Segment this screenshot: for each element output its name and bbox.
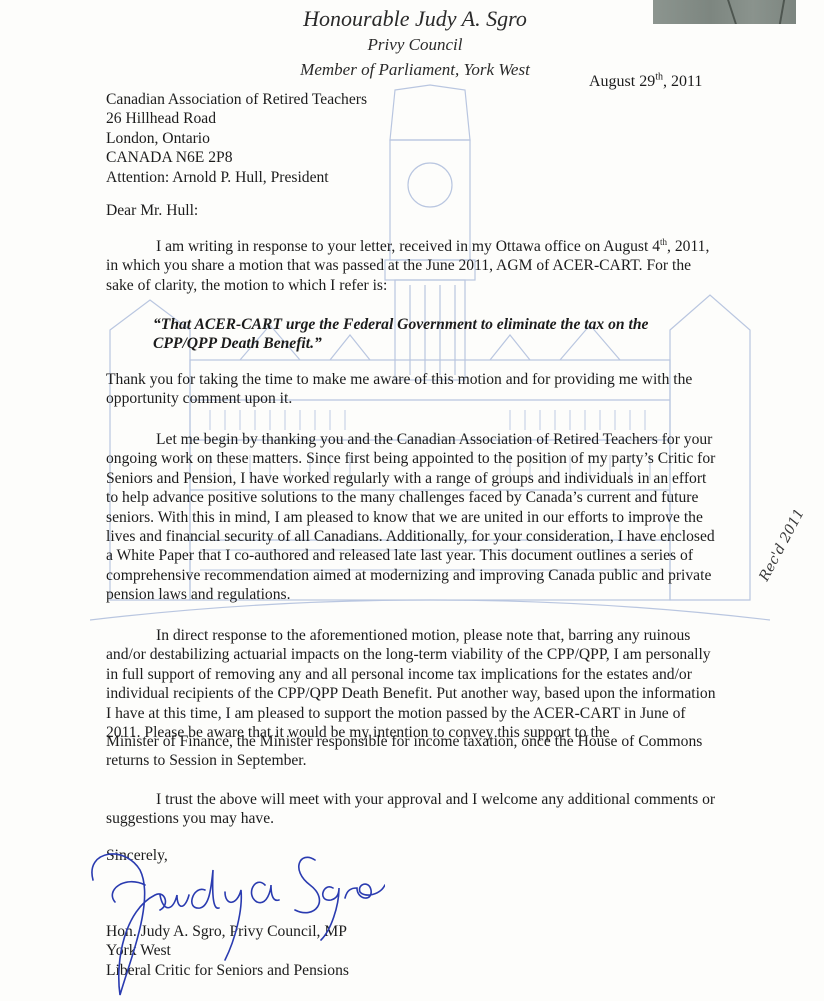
- photo-fragment: [653, 0, 796, 24]
- recipient-address: Canadian Association of Retired Teachers…: [106, 90, 716, 187]
- received-date-annotation: Rec'd 2011 09 09: [755, 510, 824, 610]
- motion-quote: “That ACER-CART urge the Federal Governm…: [153, 315, 693, 354]
- paragraph-appreciation: Let me begin by thanking you and the Can…: [106, 430, 716, 605]
- paragraph-response-continued: Minister of Finance, the Minister respon…: [106, 732, 716, 771]
- address-line: Attention: Arnold P. Hull, President: [106, 168, 716, 187]
- letter-date: August 29th, 2011: [589, 73, 702, 91]
- address-line: 26 Hillhead Road: [106, 109, 716, 128]
- paragraph-intro: I am writing in response to your letter,…: [106, 237, 716, 295]
- paragraph-text: I am writing in response to your letter,…: [156, 238, 660, 255]
- signer-name: Hon. Judy A. Sgro, Privy Council, MP: [106, 922, 716, 941]
- date-month: August 29: [589, 73, 655, 90]
- signer-role: Liberal Critic for Seniors and Pensions: [106, 961, 716, 980]
- paragraph-response: In direct response to the aforementioned…: [106, 626, 716, 742]
- address-line: Canadian Association of Retired Teachers: [106, 90, 716, 109]
- letterhead-title: Privy Council: [250, 32, 580, 57]
- letterhead-name: Honourable Judy A. Sgro: [250, 6, 580, 32]
- date-suffix: th: [655, 72, 663, 83]
- signer-riding: York West: [106, 941, 716, 960]
- letterhead-riding: Member of Parliament, York West: [250, 57, 580, 82]
- date-year: , 2011: [663, 73, 702, 90]
- address-line: London, Ontario: [106, 129, 716, 148]
- paragraph-thanks: Thank you for taking the time to make me…: [106, 370, 716, 409]
- address-line: CANADA N6E 2P8: [106, 148, 716, 167]
- paragraph-closing: I trust the above will meet with your ap…: [106, 790, 716, 829]
- salutation: Dear Mr. Hull:: [106, 201, 716, 220]
- closing: Sincerely,: [106, 846, 716, 865]
- svg-text:Rec'd 2011 09 09: Rec'd 2011 09 09: [756, 510, 824, 585]
- ordinal-suffix: th: [660, 237, 667, 247]
- signature-block: Hon. Judy A. Sgro, Privy Council, MP Yor…: [106, 922, 716, 980]
- letterhead: Honourable Judy A. Sgro Privy Council Me…: [250, 6, 580, 82]
